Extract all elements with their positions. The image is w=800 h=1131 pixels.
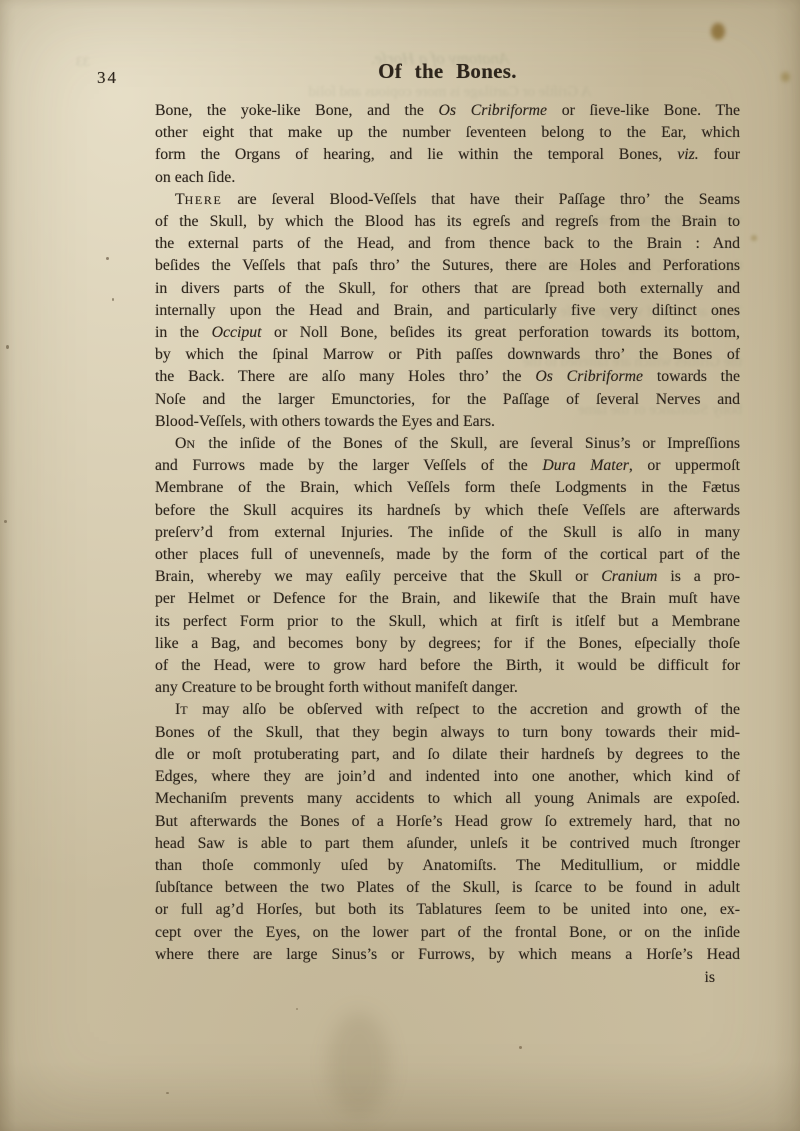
text-line: But afterwards the Bones of a Horſe’s He…	[155, 811, 740, 833]
text-line: beſides the Veſſels that paſs thro’ the …	[155, 255, 740, 277]
text-line: Blood-Veſſels, with others towards the E…	[155, 411, 740, 433]
smudge-stain	[328, 1012, 390, 1117]
text-line: its perfect Form prior to the Skull, whi…	[155, 611, 740, 633]
foxing-spot	[751, 235, 757, 241]
book-page-photo: Anatomy of a Horſe. 33 A Griſtle or Cart…	[0, 0, 800, 1131]
text-line: the Back. There are alſo many Holes thro…	[155, 366, 740, 388]
catchword: is	[155, 969, 715, 987]
text-line: head Saw is able to part them aſunder, u…	[155, 833, 740, 855]
running-header: Of the Bones.	[155, 59, 740, 84]
paper-speck	[4, 520, 7, 523]
text-line: Bones of the Skull, that they begin alwa…	[155, 722, 740, 744]
text-line: or full ag’d Horſes, but both its Tablat…	[155, 899, 740, 921]
text-line: where there are large Sinus’s or Furrows…	[155, 944, 740, 966]
text-line: than thoſe commonly uſed by Anatomiſts. …	[155, 855, 740, 877]
show-through-page-number: 33	[76, 55, 90, 71]
text-line: of the Skull, by which the Blood has its…	[155, 211, 740, 233]
text-line: by which the ſpinal Marrow or Pith paſſe…	[155, 344, 740, 366]
text-line: ON the inſide of the Bones of the Skull,…	[155, 433, 740, 455]
foxing-spot	[711, 23, 725, 40]
paper-speck	[296, 1008, 298, 1010]
text-line: other places full of unevenneſs, made by…	[155, 544, 740, 566]
text-line: ſubſtance between the two Plates of the …	[155, 877, 740, 899]
foxing-spot	[781, 72, 790, 82]
paper-speck	[6, 345, 9, 349]
text-line: Noſe and the larger Emunctories, for the…	[155, 389, 740, 411]
text-line: per Helmet or Defence for the Brain, and…	[155, 588, 740, 610]
text-line: cept over the Eyes, on the lower part of…	[155, 922, 740, 944]
paper-speck	[166, 1092, 169, 1094]
text-line: Bone, the yoke-like Bone, and the Os Cri…	[155, 100, 740, 122]
text-line: Brain, whereby we may eaſily perceive th…	[155, 566, 740, 588]
show-through-text: A Griſtle or Cartilage is more copious a…	[230, 84, 670, 101]
text-line: like a Bag, and becomes bony by degrees;…	[155, 633, 740, 655]
text-line: on each ſide.	[155, 167, 740, 189]
text-line: in the Occiput or Noll Bone, beſides its…	[155, 322, 740, 344]
text-line: Mechaniſm prevents many accidents to whi…	[155, 788, 740, 810]
text-line: of the Head, were to grow hard before th…	[155, 655, 740, 677]
page-number: 34	[97, 68, 118, 88]
text-line: internally upon the Head and Brain, and …	[155, 300, 740, 322]
text-line: in divers parts of the Skull, for others…	[155, 278, 740, 300]
text-line: and Furrows made by the larger Veſſels o…	[155, 455, 740, 477]
text-line: the external parts of the Head, and from…	[155, 233, 740, 255]
text-line: dle or moſt protuberating part, and ſo d…	[155, 744, 740, 766]
paper-speck	[106, 257, 109, 260]
text-line: form the Organs of hearing, and lie with…	[155, 144, 740, 166]
paper-speck	[519, 1046, 522, 1049]
text-line: IT may alſo be obſerved with reſpect to …	[155, 699, 740, 721]
text-line: THERE are ſeveral Blood-Veſſels that hav…	[155, 189, 740, 211]
paper-speck	[112, 298, 114, 301]
text-line: preſerv’d from external Injuries. The in…	[155, 522, 740, 544]
body-text: Bone, the yoke-like Bone, and the Os Cri…	[155, 100, 740, 966]
text-line: other eight that make up the number ſeve…	[155, 122, 740, 144]
text-line: any Creature to be brought forth without…	[155, 677, 740, 699]
text-line: before the Skull acquires its hardneſs b…	[155, 500, 740, 522]
text-line: Membrane of the Brain, which Veſſels for…	[155, 477, 740, 499]
text-line: Edges, where they are join’d and indente…	[155, 766, 740, 788]
